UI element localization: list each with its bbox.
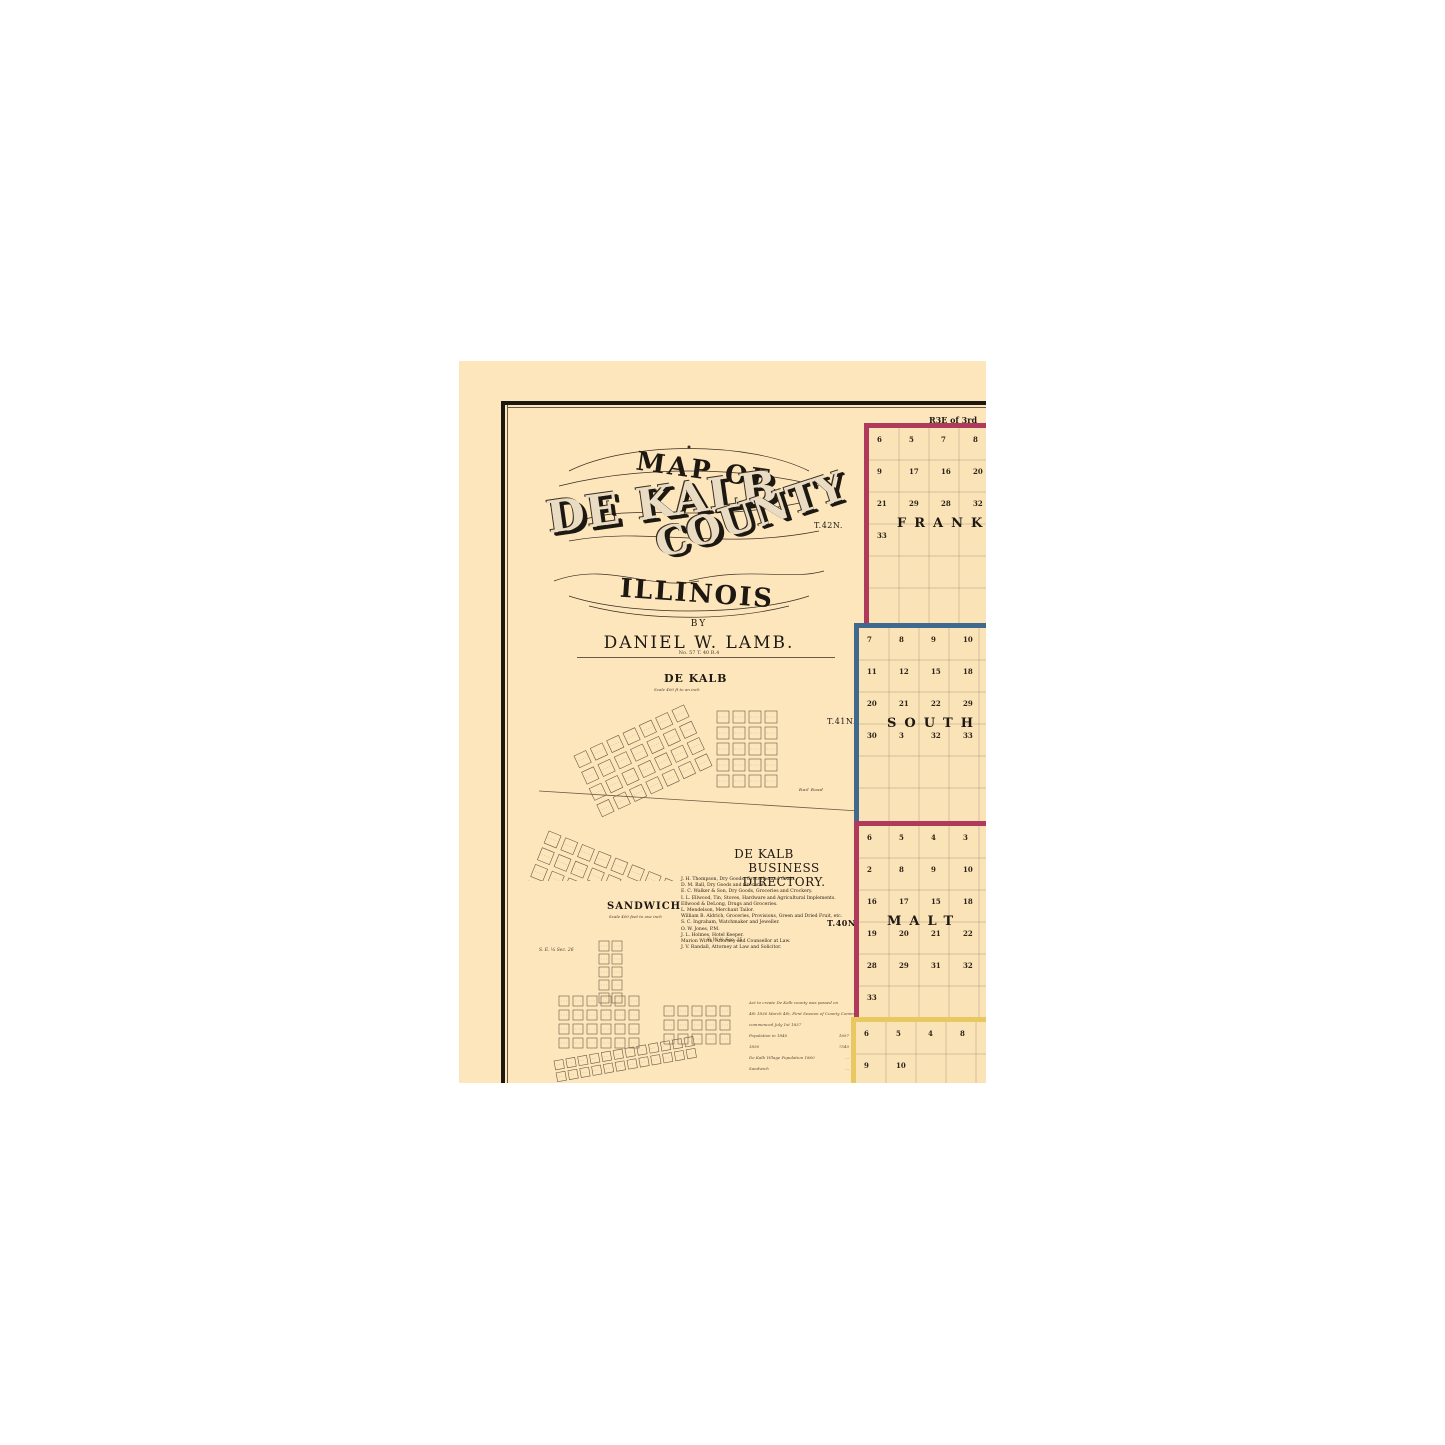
- map-sheet: MAP OF DE KALB COUNTY ILLINOIS BY DANIEL…: [459, 361, 986, 1083]
- population-row: De Kalb Village Population 1860...: [749, 1052, 849, 1063]
- section-number: 20: [973, 467, 983, 476]
- township-south-grove: 7891011121518202122293033233SOUTH GRO: [854, 623, 986, 831]
- section-number: 16: [941, 467, 951, 476]
- section-number: 7: [867, 635, 872, 644]
- section-number: 6: [867, 833, 872, 842]
- section-number: 20: [867, 699, 877, 708]
- township-label-42n: T.42N.: [814, 521, 843, 530]
- section-number: 7: [941, 435, 946, 444]
- dekalb-road-label: Rail Road: [799, 787, 823, 792]
- section-number: 17: [899, 897, 909, 906]
- section-number: 8: [899, 635, 904, 644]
- map-border-top-inner: [507, 407, 986, 408]
- title-rule: [577, 657, 835, 658]
- section-number: 19: [867, 929, 877, 938]
- section-number: 28: [941, 499, 951, 508]
- section-number: 11: [867, 667, 877, 676]
- note-line: Act to create De Kalb county was passed …: [749, 997, 849, 1008]
- county-notes: Act to create De Kalb county was passed …: [749, 997, 849, 1074]
- section-number: 21: [899, 699, 909, 708]
- directory-title-town: DE KALB: [689, 847, 839, 861]
- section-number: 15: [931, 897, 941, 906]
- section-number: 33: [877, 531, 887, 540]
- section-number: 21: [877, 499, 887, 508]
- section-number: 9: [931, 635, 936, 644]
- township-name: MALT: [887, 914, 961, 929]
- section-number: 20: [899, 929, 909, 938]
- township-name: SOUTH GRO: [887, 716, 986, 731]
- section-number: 5: [899, 833, 904, 842]
- map-title-by: BY: [659, 619, 739, 629]
- section-number: 4: [931, 833, 936, 842]
- township-label-40n: T.40N: [827, 918, 856, 928]
- sandwich-plat-title: SANDWICH: [607, 901, 681, 912]
- population-row: 18507540: [749, 1041, 849, 1052]
- section-number: 3: [963, 833, 968, 842]
- section-number: 32: [973, 499, 983, 508]
- section-number: 30: [867, 731, 877, 740]
- population-row: Population in 18401697: [749, 1030, 849, 1041]
- section-number: 5: [896, 1029, 901, 1038]
- section-number: 10: [963, 635, 973, 644]
- section-number: 28: [867, 961, 877, 970]
- township-name: FRANKL: [897, 516, 986, 531]
- section-number: 4: [928, 1029, 933, 1038]
- township-malta: 65432891016171518192021222829313233MALT: [854, 821, 986, 1029]
- section-number: 29: [909, 499, 919, 508]
- section-number: 21: [931, 929, 941, 938]
- section-number: 22: [963, 929, 973, 938]
- section-number: 32: [931, 731, 941, 740]
- section-number: 8: [960, 1029, 965, 1038]
- section-number: 3: [899, 731, 904, 740]
- map-border-top: [501, 401, 986, 405]
- section-number: 22: [931, 699, 941, 708]
- township-franklin: 657891716202129283233FRANKL: [864, 423, 986, 631]
- map-author-subline: No. 57 T. 40 R.4: [659, 650, 739, 656]
- section-number: 6: [877, 435, 882, 444]
- section-number: 9: [877, 467, 882, 476]
- section-number: 31: [931, 961, 941, 970]
- section-number: 2: [867, 865, 872, 874]
- section-number: 32: [963, 961, 973, 970]
- section-number: 10: [896, 1061, 906, 1070]
- section-number: 8: [973, 435, 978, 444]
- section-number: 29: [899, 961, 909, 970]
- section-number: 18: [963, 897, 973, 906]
- population-row: Sandwich...: [749, 1063, 849, 1074]
- sandwich-town-plat: [539, 921, 769, 1083]
- sandwich-plat-scale: Scale 400 feet to one inch: [609, 914, 662, 919]
- section-number: 6: [864, 1029, 869, 1038]
- note-line: 4th 1836 March 4th, First Session of Cou…: [749, 1008, 849, 1019]
- section-number: 10: [963, 865, 973, 874]
- section-number: 5: [909, 435, 914, 444]
- township-label-41n: T.41N.: [827, 717, 856, 726]
- section-number: 9: [864, 1061, 869, 1070]
- section-number: 12: [899, 667, 909, 676]
- note-line: commenced July 1st 1837: [749, 1019, 849, 1030]
- section-number: 18: [963, 667, 973, 676]
- section-number: 9: [931, 865, 936, 874]
- section-number: 15: [931, 667, 941, 676]
- township-section-grid: 6548910: [856, 1022, 986, 1083]
- section-number: 33: [867, 993, 877, 1002]
- section-number: 16: [867, 897, 877, 906]
- township-south-partial: 6548910: [851, 1017, 986, 1083]
- section-number: 8: [899, 865, 904, 874]
- section-number: 17: [909, 467, 919, 476]
- section-number: 33: [963, 731, 973, 740]
- section-number: 29: [963, 699, 973, 708]
